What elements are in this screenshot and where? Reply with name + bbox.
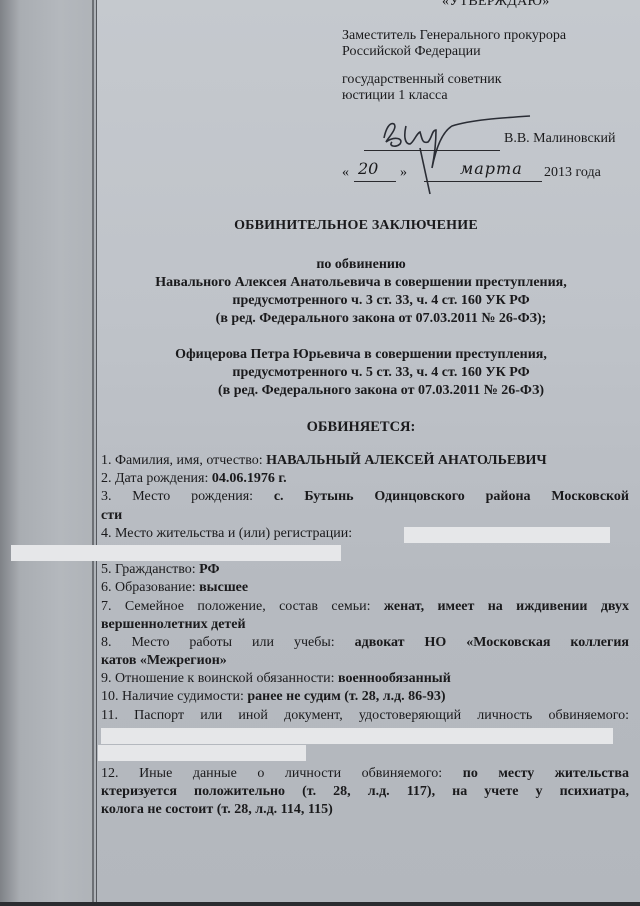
- accused2-line1: Офицерова Петра Юрьевича в совершении пр…: [96, 346, 626, 364]
- personal-data-list: 1. Фамилия, имя, отчество: НАВАЛЬНЫЙ АЛЕ…: [101, 452, 629, 820]
- approver-rank-line2: юстиции 1 класса: [342, 88, 448, 104]
- redacted-residence: [404, 527, 610, 543]
- signature-line: [364, 150, 500, 151]
- list-item-birth-place-cont: сти: [101, 507, 629, 525]
- redacted-passport-cont: [98, 745, 306, 761]
- accused1-line2: предусмотренного ч. 3 ст. 33, ч. 4 ст. 1…: [96, 292, 626, 310]
- signatory-name: В.В. Малиновский: [504, 131, 615, 147]
- accused1-line1: Навального Алексея Анатольевича в соверш…: [96, 274, 626, 292]
- document-title: ОБВИНИТЕЛЬНОЕ ЗАКЛЮЧЕНИЕ: [96, 218, 616, 234]
- list-item-citizenship: 5. Гражданство: РФ: [101, 561, 629, 579]
- list-item-residence-cont: [101, 543, 629, 561]
- list-item-birth-place: 3. Место рождения: с. Бутынь Одинцовског…: [101, 488, 629, 506]
- bottom-edge: [0, 902, 640, 906]
- date-close-quote: »: [400, 165, 407, 181]
- approver-rank-line1: государственный советник: [342, 72, 502, 88]
- date-day: 20: [358, 161, 378, 177]
- list-item-other: 12. Иные данные о личности обвиняемого: …: [101, 765, 629, 783]
- list-item-work-cont: катов «Межрегион»: [101, 652, 629, 670]
- accused1-line3: (в ред. Федерального закона от 07.03.201…: [96, 310, 626, 328]
- accused2-line3: (в ред. Федерального закона от 07.03.201…: [96, 382, 626, 400]
- list-item-other-cont: ктеризуется положительно (т. 28, л.д. 11…: [101, 783, 629, 801]
- list-item-work: 8. Место работы или учебы: адвокат НО «М…: [101, 634, 629, 652]
- redacted-passport: [101, 728, 613, 744]
- list-item-passport: 11. Паспорт или иной документ, удостовер…: [101, 707, 629, 725]
- list-item-birth-date: 2. Дата рождения: 04.06.1976 г.: [101, 470, 629, 488]
- list-item-family-cont: вершеннолетних детей: [101, 616, 629, 634]
- approval-heading: «УТВЕРЖДАЮ»: [442, 0, 550, 10]
- list-item-education: 6. Образование: высшее: [101, 579, 629, 597]
- list-item-residence: 4. Место жительства и (или) регистрации:: [101, 525, 629, 543]
- list-item-family: 7. Семейное положение, состав семьи: жен…: [101, 598, 629, 616]
- date-day-underline: [354, 181, 396, 182]
- date-month-underline: [424, 181, 542, 182]
- list-item-criminal-record: 10. Наличие судимости: ранее не судим (т…: [101, 688, 629, 706]
- list-item-other-cont2: колога не состоит (т. 28, л.д. 114, 115): [101, 801, 629, 819]
- accused2-line2: предусмотренного ч. 5 ст. 33, ч. 4 ст. 1…: [96, 364, 626, 382]
- page-edge: [92, 0, 94, 902]
- date-year: 2013 года: [544, 165, 601, 181]
- approver-position-line1: Заместитель Генерального прокурора: [342, 28, 566, 44]
- list-item-military: 9. Отношение к воинской обязанности: вое…: [101, 670, 629, 688]
- list-item-full-name: 1. Фамилия, имя, отчество: НАВАЛЬНЫЙ АЛЕ…: [101, 452, 629, 470]
- date-open-quote: «: [342, 165, 349, 181]
- list-item-passport-cont2: [101, 743, 629, 765]
- handwritten-signature-icon: [380, 108, 560, 198]
- underlying-page: [0, 0, 100, 902]
- subtitle: по обвинению: [96, 256, 626, 274]
- redacted-residence-cont: [11, 545, 341, 561]
- list-item-passport-cont: [101, 725, 629, 743]
- date-month: марта: [460, 161, 523, 177]
- approver-position-line2: Российской Федерации: [342, 44, 481, 60]
- section-heading: ОБВИНЯЕТСЯ:: [96, 418, 626, 436]
